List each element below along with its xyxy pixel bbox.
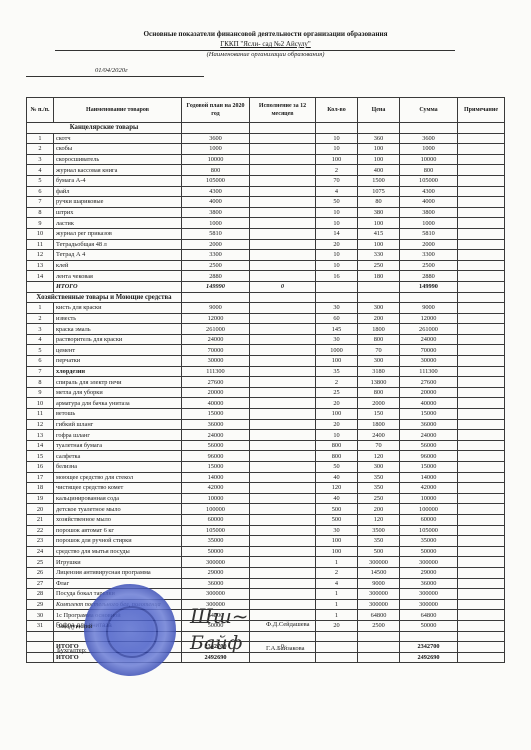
cell-note (458, 430, 505, 441)
table-row: 26Лицензия антивирусная программа2900021… (27, 567, 505, 578)
cell-note (458, 165, 505, 176)
cell-exec (250, 546, 316, 557)
cell-exec (250, 610, 316, 621)
cell-exec (250, 334, 316, 345)
cell-name: салфетка (54, 451, 182, 462)
cell-note (458, 260, 505, 271)
cell-price: 1800 (358, 419, 400, 430)
cell-price: 300 (358, 462, 400, 473)
cell-exec (250, 324, 316, 335)
table-row: 4растворитель для краски240003080024000 (27, 334, 505, 345)
organization-caption: (Наименование организации образования) (0, 51, 531, 58)
cell-name: хозяйственное мыло (54, 514, 182, 525)
cell-qty: 10 (316, 430, 358, 441)
empty-cell (182, 292, 250, 303)
cell-note (458, 525, 505, 536)
cell-note (458, 239, 505, 250)
cell-note (458, 599, 505, 610)
cell-note (458, 620, 505, 631)
cell-sum: 2000 (400, 239, 458, 250)
cell-price: 3500 (358, 525, 400, 536)
cell-qty: 1 (316, 610, 358, 621)
cell-price: 300000 (358, 589, 400, 600)
head-name: Ф.Д.Сейдашева (266, 621, 310, 628)
cell-note (458, 578, 505, 589)
cell-plan: 27600 (182, 377, 250, 388)
column-header: Сумма (400, 98, 458, 123)
empty-cell (458, 652, 505, 663)
table-row: 10журнал рег приказов5810144155810 (27, 228, 505, 239)
cell-plan: 35000 (182, 536, 250, 547)
cell-price: 180 (358, 271, 400, 282)
cell-qty: 16 (316, 271, 358, 282)
cell-price: 1800 (358, 324, 400, 335)
table-row: 12Тетрад А 43300103303300 (27, 250, 505, 261)
cell-price: 100 (358, 154, 400, 165)
cell-qty: 100 (316, 409, 358, 420)
cell-price: 300000 (358, 599, 400, 610)
cell-plan: 3300 (182, 250, 250, 261)
cell-plan: 30000 (182, 356, 250, 367)
cell-plan: 2000 (182, 239, 250, 250)
cell-name: ручки шариковые (54, 197, 182, 208)
cell-sum: 30000 (400, 356, 458, 367)
cell-exec (250, 165, 316, 176)
empty-cell (358, 631, 400, 642)
accountant-name: Г.А.Байзакова (266, 645, 304, 652)
cell-exec (250, 440, 316, 451)
empty-cell (316, 123, 358, 134)
cell-qty: 20 (316, 419, 358, 430)
cell-note (458, 440, 505, 451)
empty-cell (458, 281, 505, 292)
empty-cell (458, 123, 505, 134)
cell-plan: 60000 (182, 514, 250, 525)
cell-exec (250, 175, 316, 186)
cell-sum: 24000 (400, 334, 458, 345)
cell-name: перчатки (54, 356, 182, 367)
cell-price: 2400 (358, 430, 400, 441)
table-row: 13клей2500102502500 (27, 260, 505, 271)
cell-plan: 12000 (182, 313, 250, 324)
cell-name: цемент (54, 345, 182, 356)
total-sum: 149990 (400, 281, 458, 292)
empty-cell (358, 642, 400, 653)
cell-no: 7 (27, 366, 54, 377)
cell-price: 9000 (358, 578, 400, 589)
cell-plan: 10000 (182, 154, 250, 165)
total-exec: 0 (250, 281, 316, 292)
table-row: 16белизна150005030015000 (27, 462, 505, 473)
cell-qty: 50 (316, 462, 358, 473)
cell-no: 8 (27, 207, 54, 218)
table-row: 23порошок для ручной стирки3500010035035… (27, 536, 505, 547)
cell-name: журнал рег приказов (54, 228, 182, 239)
cell-plan: 50000 (182, 546, 250, 557)
cell-name: детское туалетное мыло (54, 504, 182, 515)
cell-no: 12 (27, 419, 54, 430)
cell-note (458, 610, 505, 621)
cell-qty: 30 (316, 334, 358, 345)
cell-sum: 3600 (400, 133, 458, 144)
cell-plan: 29000 (182, 567, 250, 578)
cell-no: 30 (27, 610, 54, 621)
cell-plan: 4300 (182, 186, 250, 197)
cell-sum: 5810 (400, 228, 458, 239)
accountant-label: Бухгалтер: (57, 647, 87, 654)
cell-name: кисть для краски (54, 303, 182, 314)
cell-sum: 10000 (400, 493, 458, 504)
table-row: 10арматура для бачка унитаза400002020004… (27, 398, 505, 409)
cell-exec (250, 144, 316, 155)
cell-price: 200 (358, 504, 400, 515)
cell-sum: 4300 (400, 186, 458, 197)
cell-sum: 1000 (400, 218, 458, 229)
table-row: 24средство для мытья посуды5000010050050… (27, 546, 505, 557)
cell-plan: 111300 (182, 366, 250, 377)
cell-name: спираль для электр печи (54, 377, 182, 388)
cell-note (458, 250, 505, 261)
cell-exec (250, 154, 316, 165)
table-row: 1кисть для краски9000303009000 (27, 303, 505, 314)
cell-name: ластик (54, 218, 182, 229)
table-row: 20детское туалетное мыло1000005002001000… (27, 504, 505, 515)
cell-no: 24 (27, 546, 54, 557)
report-date: 01/04/2020г (95, 67, 128, 74)
cell-exec (250, 133, 316, 144)
cell-sum: 70000 (400, 345, 458, 356)
table-row: 25Игрушки3000001300000300000 (27, 557, 505, 568)
cell-name: лента чековая (54, 271, 182, 282)
cell-exec (250, 567, 316, 578)
cell-name: Игрушки (54, 557, 182, 568)
date-underline (26, 76, 204, 77)
cell-qty: 800 (316, 451, 358, 462)
cell-sum: 111300 (400, 366, 458, 377)
table-row: 3краска эмаль2610001451800261000 (27, 324, 505, 335)
cell-price: 200 (358, 313, 400, 324)
cell-sum: 42000 (400, 483, 458, 494)
cell-note (458, 557, 505, 568)
cell-plan: 300000 (182, 557, 250, 568)
cell-no: 11 (27, 409, 54, 420)
cell-qty: 1 (316, 557, 358, 568)
table-row: 8спираль для электр печи2760021380027600 (27, 377, 505, 388)
cell-plan: 261000 (182, 324, 250, 335)
cell-sum: 24000 (400, 430, 458, 441)
cell-note (458, 197, 505, 208)
cell-note (458, 303, 505, 314)
cell-exec (250, 483, 316, 494)
cell-plan: 300000 (182, 589, 250, 600)
cell-no: 10 (27, 398, 54, 409)
cell-qty: 10 (316, 218, 358, 229)
cell-qty: 60 (316, 313, 358, 324)
empty-cell (358, 292, 400, 303)
table-row: 27Флаг360004900036000 (27, 578, 505, 589)
cell-exec (250, 409, 316, 420)
cell-plan: 20000 (182, 387, 250, 398)
cell-exec (250, 250, 316, 261)
cell-note (458, 218, 505, 229)
cell-sum: 29000 (400, 567, 458, 578)
cell-sum: 15000 (400, 462, 458, 473)
cell-exec (250, 462, 316, 473)
cell-qty: 500 (316, 504, 358, 515)
cell-sum: 27600 (400, 377, 458, 388)
cell-qty: 20 (316, 239, 358, 250)
cell-note (458, 493, 505, 504)
table-row: 9ластик1000101001000 (27, 218, 505, 229)
cell-note (458, 514, 505, 525)
cell-no: 11 (27, 239, 54, 250)
cell-name: Тетрад А 4 (54, 250, 182, 261)
cell-qty: 100 (316, 536, 358, 547)
document-title: Основные показатели финансовой деятельно… (0, 30, 531, 38)
empty-cell (458, 642, 505, 653)
section-title: Канцелярские товары (27, 123, 182, 134)
cell-sum: 96000 (400, 451, 458, 462)
cell-price: 100 (358, 144, 400, 155)
cell-price: 1075 (358, 186, 400, 197)
cell-name: арматура для бачка унитаза (54, 398, 182, 409)
cell-plan: 56000 (182, 440, 250, 451)
table-body: Канцелярские товары1скотч36001036036002с… (27, 123, 505, 663)
cell-plan: 9000 (182, 303, 250, 314)
cell-qty: 20 (316, 620, 358, 631)
cell-exec (250, 589, 316, 600)
column-header: Примечание (458, 98, 505, 123)
empty-cell (458, 631, 505, 642)
cell-name: хлордезин (54, 366, 182, 377)
cell-exec (250, 419, 316, 430)
cell-sum: 4000 (400, 197, 458, 208)
cell-note (458, 228, 505, 239)
cell-no: 23 (27, 536, 54, 547)
cell-name: средство для мытья посуды (54, 546, 182, 557)
grand-total-sum: 2492690 (400, 652, 458, 663)
cell-plan: 96000 (182, 451, 250, 462)
cell-note (458, 366, 505, 377)
cell-no: 21 (27, 514, 54, 525)
cell-no: 27 (27, 578, 54, 589)
cell-plan: 24000 (182, 334, 250, 345)
cell-no: 6 (27, 356, 54, 367)
table-row: 22порошок автомат 6 кг105000303500105000 (27, 525, 505, 536)
cell-no: 2 (27, 313, 54, 324)
cell-no: 4 (27, 165, 54, 176)
cell-note (458, 186, 505, 197)
cell-name: Лицензия антивирусная программа (54, 567, 182, 578)
cell-plan: 105000 (182, 175, 250, 186)
cell-plan: 3800 (182, 207, 250, 218)
cell-qty: 120 (316, 483, 358, 494)
cell-price: 350 (358, 472, 400, 483)
cell-price: 330 (358, 250, 400, 261)
cell-plan: 40000 (182, 398, 250, 409)
empty-cell (458, 292, 505, 303)
cell-name: журнал кассовая книга (54, 165, 182, 176)
cell-name: краска эмаль (54, 324, 182, 335)
cell-qty: 20 (316, 398, 358, 409)
cell-qty: 100 (316, 356, 358, 367)
cell-price: 400 (358, 165, 400, 176)
empty-cell (358, 281, 400, 292)
cell-sum: 1000 (400, 144, 458, 155)
cell-price: 64800 (358, 610, 400, 621)
empty-cell (358, 652, 400, 663)
table-row: 14лента чековая2880161802880 (27, 271, 505, 282)
cell-no: 18 (27, 483, 54, 494)
empty-cell (400, 292, 458, 303)
section-total-row: ИТОГО1499900149990 (27, 281, 505, 292)
cell-name: моющее средство для стекол (54, 472, 182, 483)
table-row: 12гибкий шланг3600020180036000 (27, 419, 505, 430)
cell-name: растворитель для краски (54, 334, 182, 345)
cell-price: 1500 (358, 175, 400, 186)
cell-sum: 300000 (400, 557, 458, 568)
cell-note (458, 589, 505, 600)
cell-no: 14 (27, 271, 54, 282)
empty-cell (27, 642, 54, 653)
column-header: Цена (358, 98, 400, 123)
cell-exec (250, 398, 316, 409)
cell-sum: 2880 (400, 271, 458, 282)
empty-cell (250, 292, 316, 303)
cell-note (458, 472, 505, 483)
cell-price: 2500 (358, 620, 400, 631)
cell-exec (250, 186, 316, 197)
empty-cell (182, 123, 250, 134)
cell-note (458, 334, 505, 345)
cell-note (458, 154, 505, 165)
cell-no: 4 (27, 334, 54, 345)
cell-plan: 15000 (182, 409, 250, 420)
table-row: 6файл4300410754300 (27, 186, 505, 197)
cell-name: скотч (54, 133, 182, 144)
table-row: 19кальцинированная сода100004025010000 (27, 493, 505, 504)
cell-plan: 36000 (182, 578, 250, 589)
cell-note (458, 409, 505, 420)
cell-price: 500 (358, 546, 400, 557)
section-header-row: Хозяйственные товары и Моющие средства (27, 292, 505, 303)
cell-qty: 40 (316, 472, 358, 483)
cell-plan: 15000 (182, 462, 250, 473)
cell-no: 10 (27, 228, 54, 239)
cell-note (458, 536, 505, 547)
cell-sum: 50000 (400, 546, 458, 557)
cell-exec (250, 578, 316, 589)
cell-qty: 4 (316, 186, 358, 197)
table-row: 15салфетка9600080012096000 (27, 451, 505, 462)
cell-name: клей (54, 260, 182, 271)
table-row: 8штрих3800103803800 (27, 207, 505, 218)
cell-exec (250, 218, 316, 229)
cell-name: чистящее средство комет (54, 483, 182, 494)
cell-exec (250, 430, 316, 441)
cell-plan: 42000 (182, 483, 250, 494)
cell-sum: 105000 (400, 525, 458, 536)
cell-note (458, 419, 505, 430)
cell-price: 80 (358, 197, 400, 208)
cell-price: 415 (358, 228, 400, 239)
empty-cell (250, 123, 316, 134)
column-header: Исполнение за 12 месяцев (250, 98, 316, 123)
cell-sum: 20000 (400, 387, 458, 398)
empty-cell (400, 631, 458, 642)
cell-name: метла для уборки (54, 387, 182, 398)
cell-qty: 10 (316, 133, 358, 144)
cell-price: 360 (358, 133, 400, 144)
cell-no: 29 (27, 599, 54, 610)
cell-price: 300 (358, 356, 400, 367)
cell-plan: 100000 (182, 504, 250, 515)
cell-qty: 30 (316, 303, 358, 314)
cell-plan: 4000 (182, 197, 250, 208)
cell-exec (250, 228, 316, 239)
table-row: 4журнал кассовая книга8002400800 (27, 165, 505, 176)
table-row: 3скоросшиватель1000010010010000 (27, 154, 505, 165)
cell-price: 2000 (358, 398, 400, 409)
cell-qty: 4 (316, 578, 358, 589)
cell-qty: 2 (316, 165, 358, 176)
cell-name: порошок для ручной стирки (54, 536, 182, 547)
table-header-row: № п./п. Наименование товаров Годовой пла… (27, 98, 505, 123)
cell-name: гофра шланг (54, 430, 182, 441)
cell-plan: 5810 (182, 228, 250, 239)
cell-note (458, 175, 505, 186)
table-row: 21хозяйственное мыло6000050012060000 (27, 514, 505, 525)
cell-exec (250, 356, 316, 367)
cell-sum: 105000 (400, 175, 458, 186)
cell-no: 5 (27, 175, 54, 186)
cell-plan: 24000 (182, 430, 250, 441)
cell-qty: 30 (316, 525, 358, 536)
cell-price: 150 (358, 409, 400, 420)
table-row: 5бумага А-4105000701500105000 (27, 175, 505, 186)
total-plan: 149990 (182, 281, 250, 292)
cell-price: 800 (358, 334, 400, 345)
cell-no: 6 (27, 186, 54, 197)
cell-sum: 40000 (400, 398, 458, 409)
cell-qty: 50 (316, 197, 358, 208)
cell-name: скоросшиватель (54, 154, 182, 165)
cell-note (458, 144, 505, 155)
cell-exec (250, 366, 316, 377)
cell-sum: 36000 (400, 419, 458, 430)
cell-qty: 14 (316, 228, 358, 239)
cell-note (458, 356, 505, 367)
cell-price: 100 (358, 218, 400, 229)
table-row: 6перчатки3000010030030000 (27, 356, 505, 367)
cell-no: 13 (27, 260, 54, 271)
cell-sum: 10000 (400, 154, 458, 165)
cell-price: 100 (358, 239, 400, 250)
cell-no: 28 (27, 589, 54, 600)
cell-name: штрих (54, 207, 182, 218)
cell-name: кальцинированная сода (54, 493, 182, 504)
cell-name: бумага А-4 (54, 175, 182, 186)
cell-name: ветошь (54, 409, 182, 420)
cell-exec (250, 197, 316, 208)
empty-cell (400, 123, 458, 134)
cell-no: 3 (27, 324, 54, 335)
table-row: 5цемент7000010007070000 (27, 345, 505, 356)
cell-price: 14500 (358, 567, 400, 578)
column-header: № п./п. (27, 98, 54, 123)
cell-no: 13 (27, 430, 54, 441)
cell-exec (250, 536, 316, 547)
